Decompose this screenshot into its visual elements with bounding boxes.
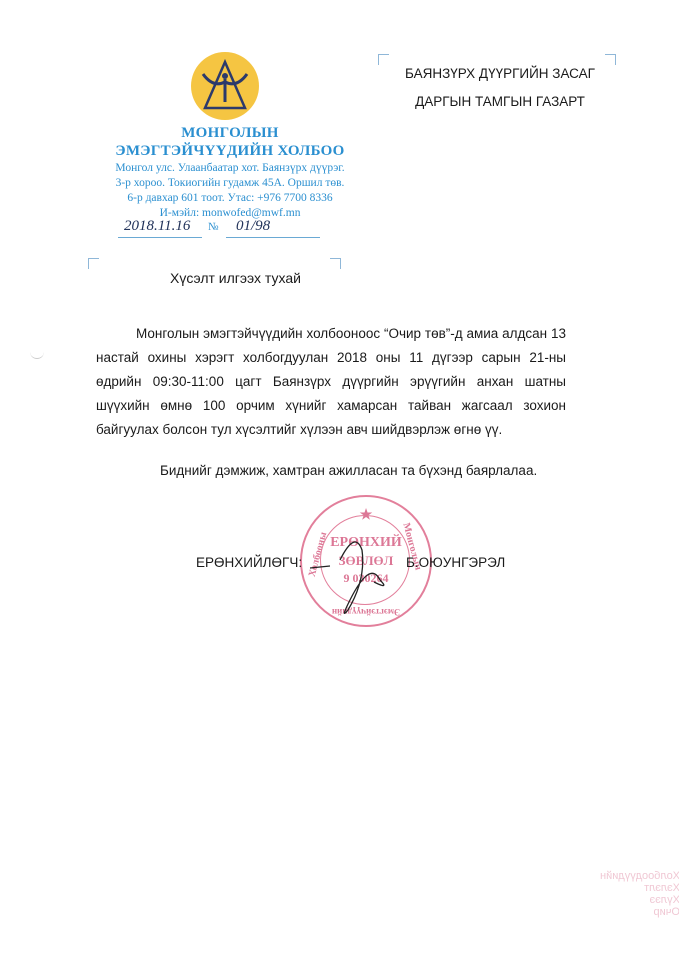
number-underline bbox=[226, 237, 320, 238]
recipient-line2: ДАРГЫН ТАМГЫН ГАЗАРТ bbox=[380, 88, 620, 116]
organization-logo bbox=[191, 52, 259, 120]
address-line2: 3-р хороо. Токиогийн гудамж 45А. Оршил т… bbox=[100, 176, 360, 191]
punch-hole-mark bbox=[30, 350, 44, 359]
bleed-line: Очир bbox=[600, 906, 679, 918]
letter-body: Монголын эмэгтэйчүүдийн холбооноос “Очир… bbox=[96, 322, 566, 442]
org-name-line2: ЭМЭГТЭЙЧҮҮДИЙН ХОЛБОО bbox=[100, 142, 360, 160]
subject-bracket-tl bbox=[88, 258, 99, 269]
letter-date: 2018.11.16 bbox=[124, 218, 190, 235]
subject-bracket-tr bbox=[330, 258, 341, 269]
bleed-line: Хэлэлт bbox=[600, 882, 679, 894]
date-number-line: 2018.11.16 № 01/98 bbox=[118, 218, 318, 240]
womens-federation-logo-icon bbox=[191, 52, 259, 120]
letter-number: 01/98 bbox=[236, 218, 270, 235]
date-underline bbox=[118, 237, 202, 238]
address-line1: Монгол улс. Улаанбаатар хот. Баянзүрх дү… bbox=[100, 161, 360, 176]
handwritten-signature bbox=[300, 520, 420, 630]
address-line3: 6-р давхар 601 тоот. Утас: +976 7700 833… bbox=[100, 191, 360, 206]
thanks-line: Биднийг дэмжиж, хамтран ажилласан та бүх… bbox=[160, 463, 537, 478]
recipient-block: БАЯНЗҮРХ ДҮҮРГИЙН ЗАСАГ ДАРГЫН ТАМГЫН ГА… bbox=[380, 60, 620, 116]
signatory-name: Б.ОЮУНГЭРЭЛ bbox=[406, 555, 505, 570]
number-label: № bbox=[208, 221, 219, 233]
body-paragraph: Монголын эмэгтэйчүүдийн холбооноос “Очир… bbox=[96, 322, 566, 442]
signatory-title: ЕРӨНХИЙЛӨГЧ: bbox=[196, 555, 302, 570]
bleed-line: Хүлээ bbox=[600, 894, 679, 906]
recipient-line1: БАЯНЗҮРХ ДҮҮРГИЙН ЗАСАГ bbox=[380, 60, 620, 88]
bleed-through-text: Холбоодүүдийн Хэлэлт Хүлээ Очир bbox=[600, 870, 679, 918]
letter-subject: Хүсэлт илгээх тухай bbox=[170, 270, 301, 286]
org-name-line1: МОНГОЛЫН bbox=[100, 124, 360, 142]
bleed-line: Холбоодүүдийн bbox=[600, 870, 679, 882]
